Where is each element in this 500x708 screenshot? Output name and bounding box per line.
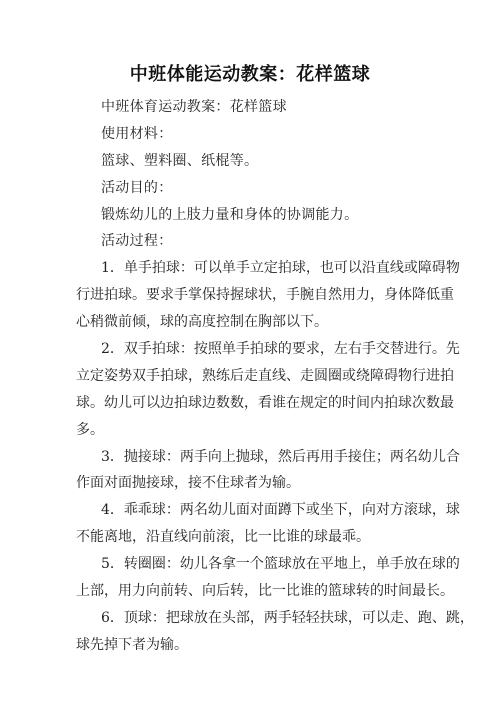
- step-line: 立定姿势双手拍球，熟练后走直线、走圆圈或绕障碍物行进拍: [76, 363, 428, 390]
- step-line: 1．单手拍球：可以单手立定拍球，也可以沿直线或障碍物: [76, 255, 428, 282]
- step-line: 不能离地，沿直线向前滚，比一比谁的球最乖。: [76, 524, 428, 551]
- step-line: 作面对面抛接球，接不住球者为输。: [76, 470, 428, 497]
- document-body: 中班体育运动教案：花样篮球 使用材料： 篮球、塑料圈、纸棍等。 活动目的： 锻炼…: [76, 94, 428, 659]
- step-line: 上部，用力向前转、向后转，比一比谁的篮球转的时间最长。: [76, 578, 428, 605]
- subtitle: 中班体育运动教案：花样篮球: [76, 94, 428, 121]
- step-5: 5．转圈圈：幼儿各拿一个篮球放在平地上，单手放在球的 上部，用力向前转、向后转，…: [76, 551, 428, 605]
- step-3: 3．抛接球：两手向上抛球，然后再用手接住；两名幼儿合 作面对面抛接球，接不住球者…: [76, 444, 428, 498]
- step-line: 6．顶球：把球放在头部，两手轻轻扶球，可以走、跑、跳，: [76, 605, 428, 632]
- materials-heading: 使用材料：: [76, 121, 428, 148]
- step-line: 行进拍球。要求手掌保持握球状，手腕自然用力，身体降低重: [76, 282, 428, 309]
- process-heading: 活动过程：: [76, 228, 428, 255]
- step-1: 1．单手拍球：可以单手立定拍球，也可以沿直线或障碍物 行进拍球。要求手掌保持握球…: [76, 255, 428, 336]
- step-line: 5．转圈圈：幼儿各拿一个篮球放在平地上，单手放在球的: [76, 551, 428, 578]
- step-line: 多。: [76, 417, 428, 444]
- step-4: 4．乖乖球：两名幼儿面对面蹲下或坐下，向对方滚球，球 不能离地，沿直线向前滚，比…: [76, 497, 428, 551]
- document-page: 中班体能运动教案：花样篮球 中班体育运动教案：花样篮球 使用材料： 篮球、塑料圈…: [0, 0, 500, 708]
- step-line: 球。幼儿可以边拍球边数数，看谁在规定的时间内拍球次数最: [76, 390, 428, 417]
- step-line: 2．双手拍球：按照单手拍球的要求，左右手交替进行。先: [76, 336, 428, 363]
- step-line: 心稍微前倾，球的高度控制在胸部以下。: [76, 309, 428, 336]
- step-line: 3．抛接球：两手向上抛球，然后再用手接住；两名幼儿合: [76, 444, 428, 471]
- step-2: 2．双手拍球：按照单手拍球的要求，左右手交替进行。先 立定姿势双手拍球，熟练后走…: [76, 336, 428, 444]
- step-6: 6．顶球：把球放在头部，两手轻轻扶球，可以走、跑、跳， 球先掉下者为输。: [76, 605, 428, 659]
- materials-text: 篮球、塑料圈、纸棍等。: [76, 148, 428, 175]
- goal-text: 锻炼幼儿的上肢力量和身体的协调能力。: [76, 202, 428, 229]
- document-title: 中班体能运动教案：花样篮球: [0, 62, 500, 88]
- goal-heading: 活动目的：: [76, 175, 428, 202]
- step-line: 球先掉下者为输。: [76, 632, 428, 659]
- step-line: 4．乖乖球：两名幼儿面对面蹲下或坐下，向对方滚球，球: [76, 497, 428, 524]
